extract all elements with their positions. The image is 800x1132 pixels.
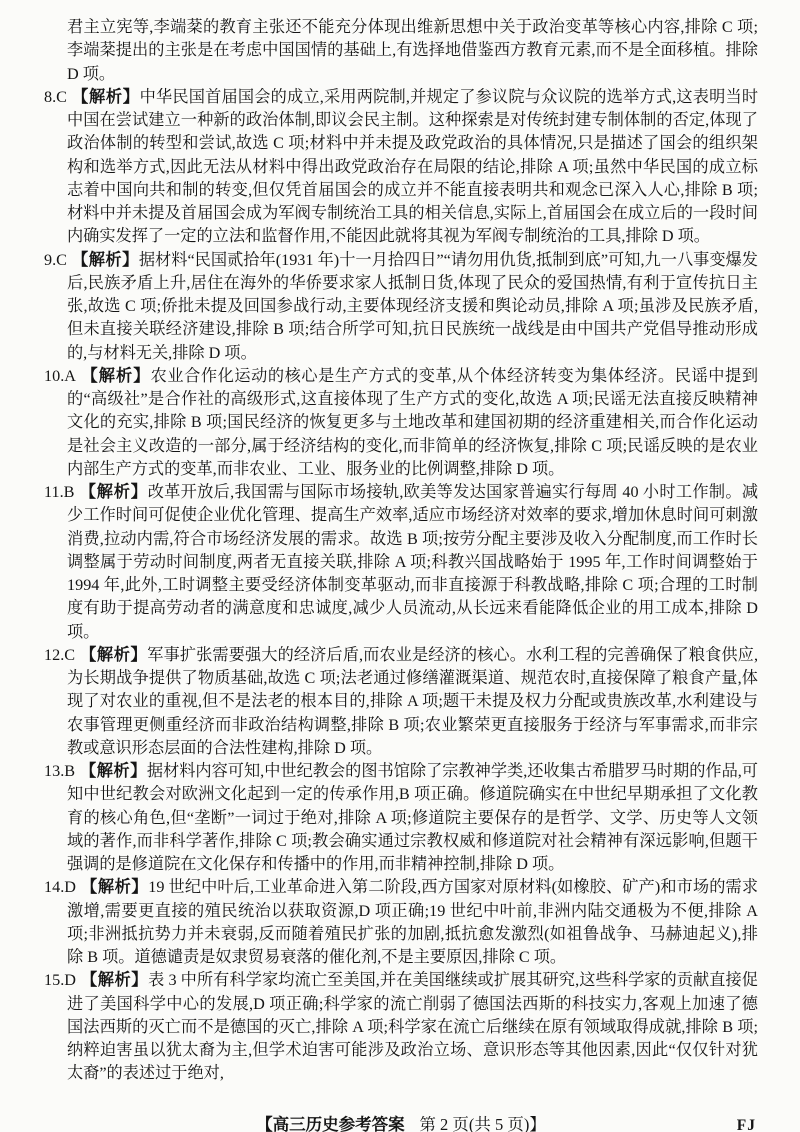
question-number-answer: 8.C bbox=[44, 88, 67, 106]
footer-paper-code: FJ bbox=[737, 1114, 756, 1132]
answer-item-10: 10.A【解析】农业合作化运动的核心是生产方式的变革,从个体经济转变为集体经济。… bbox=[44, 365, 758, 481]
page-footer: 【高三历史参考答案第 2 页(共 5 页)】 FJ bbox=[44, 1113, 758, 1132]
analysis-text: 据材料“民国贰拾年(1931 年)十一月拾四日”“请勿用仇货,抵制到底”可知,九… bbox=[67, 251, 758, 362]
scanned-answer-page: { "page": { "analysis_label": "【解析】", "c… bbox=[0, 0, 800, 1132]
answer-item-11: 11.B【解析】改革开放后,我国需与国际市场接轨,欧美等发达国家普遍实行每周 4… bbox=[44, 481, 758, 644]
question-number-answer: 13.B bbox=[44, 762, 75, 780]
question-number-answer: 15.D bbox=[44, 971, 76, 989]
footer-page-number: 第 2 页(共 5 页)】 bbox=[419, 1115, 546, 1132]
answer-item-9: 9.C【解析】据材料“民国贰拾年(1931 年)十一月拾四日”“请勿用仇货,抵制… bbox=[44, 249, 758, 365]
analysis-text: 19 世纪中叶后,工业革命进入第二阶段,西方国家对原材料(如橡胶、矿产)和市场的… bbox=[67, 878, 758, 966]
question-number-answer: 10.A bbox=[44, 367, 76, 385]
answer-item-8: 8.C【解析】中华民国首届国会的成立,采用两院制,并规定了参议院与众议院的选举方… bbox=[44, 86, 758, 249]
analysis-label: 【解析】 bbox=[72, 88, 140, 106]
question-number-answer: 9.C bbox=[44, 251, 67, 269]
answer-item-15: 15.D【解析】表 3 中所有科学家均流亡至美国,并在美国继续或扩展其研究,这些… bbox=[44, 969, 758, 1085]
analysis-label: 【解析】 bbox=[80, 762, 147, 780]
analysis-label: 【解析】 bbox=[72, 251, 139, 269]
question-number-answer: 11.B bbox=[44, 483, 74, 501]
answer-item-12: 12.C【解析】军事扩张需要强大的经济后盾,而农业是经济的核心。水利工程的完善确… bbox=[44, 644, 758, 760]
continuation-paragraph: 君主立宪等,李端棻的教育主张还不能充分体现出维新思想中关于政治变革等核心内容,排… bbox=[44, 16, 758, 86]
footer-title: 【高三历史参考答案 bbox=[256, 1115, 405, 1132]
analysis-label: 【解析】 bbox=[80, 646, 147, 664]
question-number-answer: 12.C bbox=[44, 646, 75, 664]
analysis-label: 【解析】 bbox=[81, 878, 148, 896]
analysis-label: 【解析】 bbox=[81, 971, 148, 989]
analysis-text: 据材料内容可知,中世纪教会的图书馆除了宗教神学类,还收集古希腊罗马时期的作品,可… bbox=[67, 762, 758, 873]
answer-item-14: 14.D【解析】19 世纪中叶后,工业革命进入第二阶段,西方国家对原材料(如橡胶… bbox=[44, 876, 758, 969]
analysis-label: 【解析】 bbox=[79, 483, 147, 501]
analysis-text: 军事扩张需要强大的经济后盾,而农业是经济的核心。水利工程的完善确保了粮食供应,为… bbox=[67, 646, 758, 757]
question-number-answer: 14.D bbox=[44, 878, 76, 896]
answer-sheet-page: 君主立宪等,李端棻的教育主张还不能充分体现出维新思想中关于政治变革等核心内容,排… bbox=[0, 0, 800, 1132]
analysis-text: 中华民国首届国会的成立,采用两院制,并规定了参议院与众议院的选举方式,这表明当时… bbox=[67, 88, 758, 246]
analysis-text: 改革开放后,我国需与国际市场接轨,欧美等发达国家普遍实行每周 40 小时工作制。… bbox=[67, 483, 758, 641]
analysis-text: 表 3 中所有科学家均流亡至美国,并在美国继续或扩展其研究,这些科学家的贡献直接… bbox=[67, 971, 758, 1082]
analysis-text: 农业合作化运动的核心是生产方式的变革,从个体经济转变为集体经济。民谣中提到的“高… bbox=[67, 367, 758, 478]
answer-item-13: 13.B【解析】据材料内容可知,中世纪教会的图书馆除了宗教神学类,还收集古希腊罗… bbox=[44, 760, 758, 876]
analysis-label: 【解析】 bbox=[81, 367, 151, 385]
